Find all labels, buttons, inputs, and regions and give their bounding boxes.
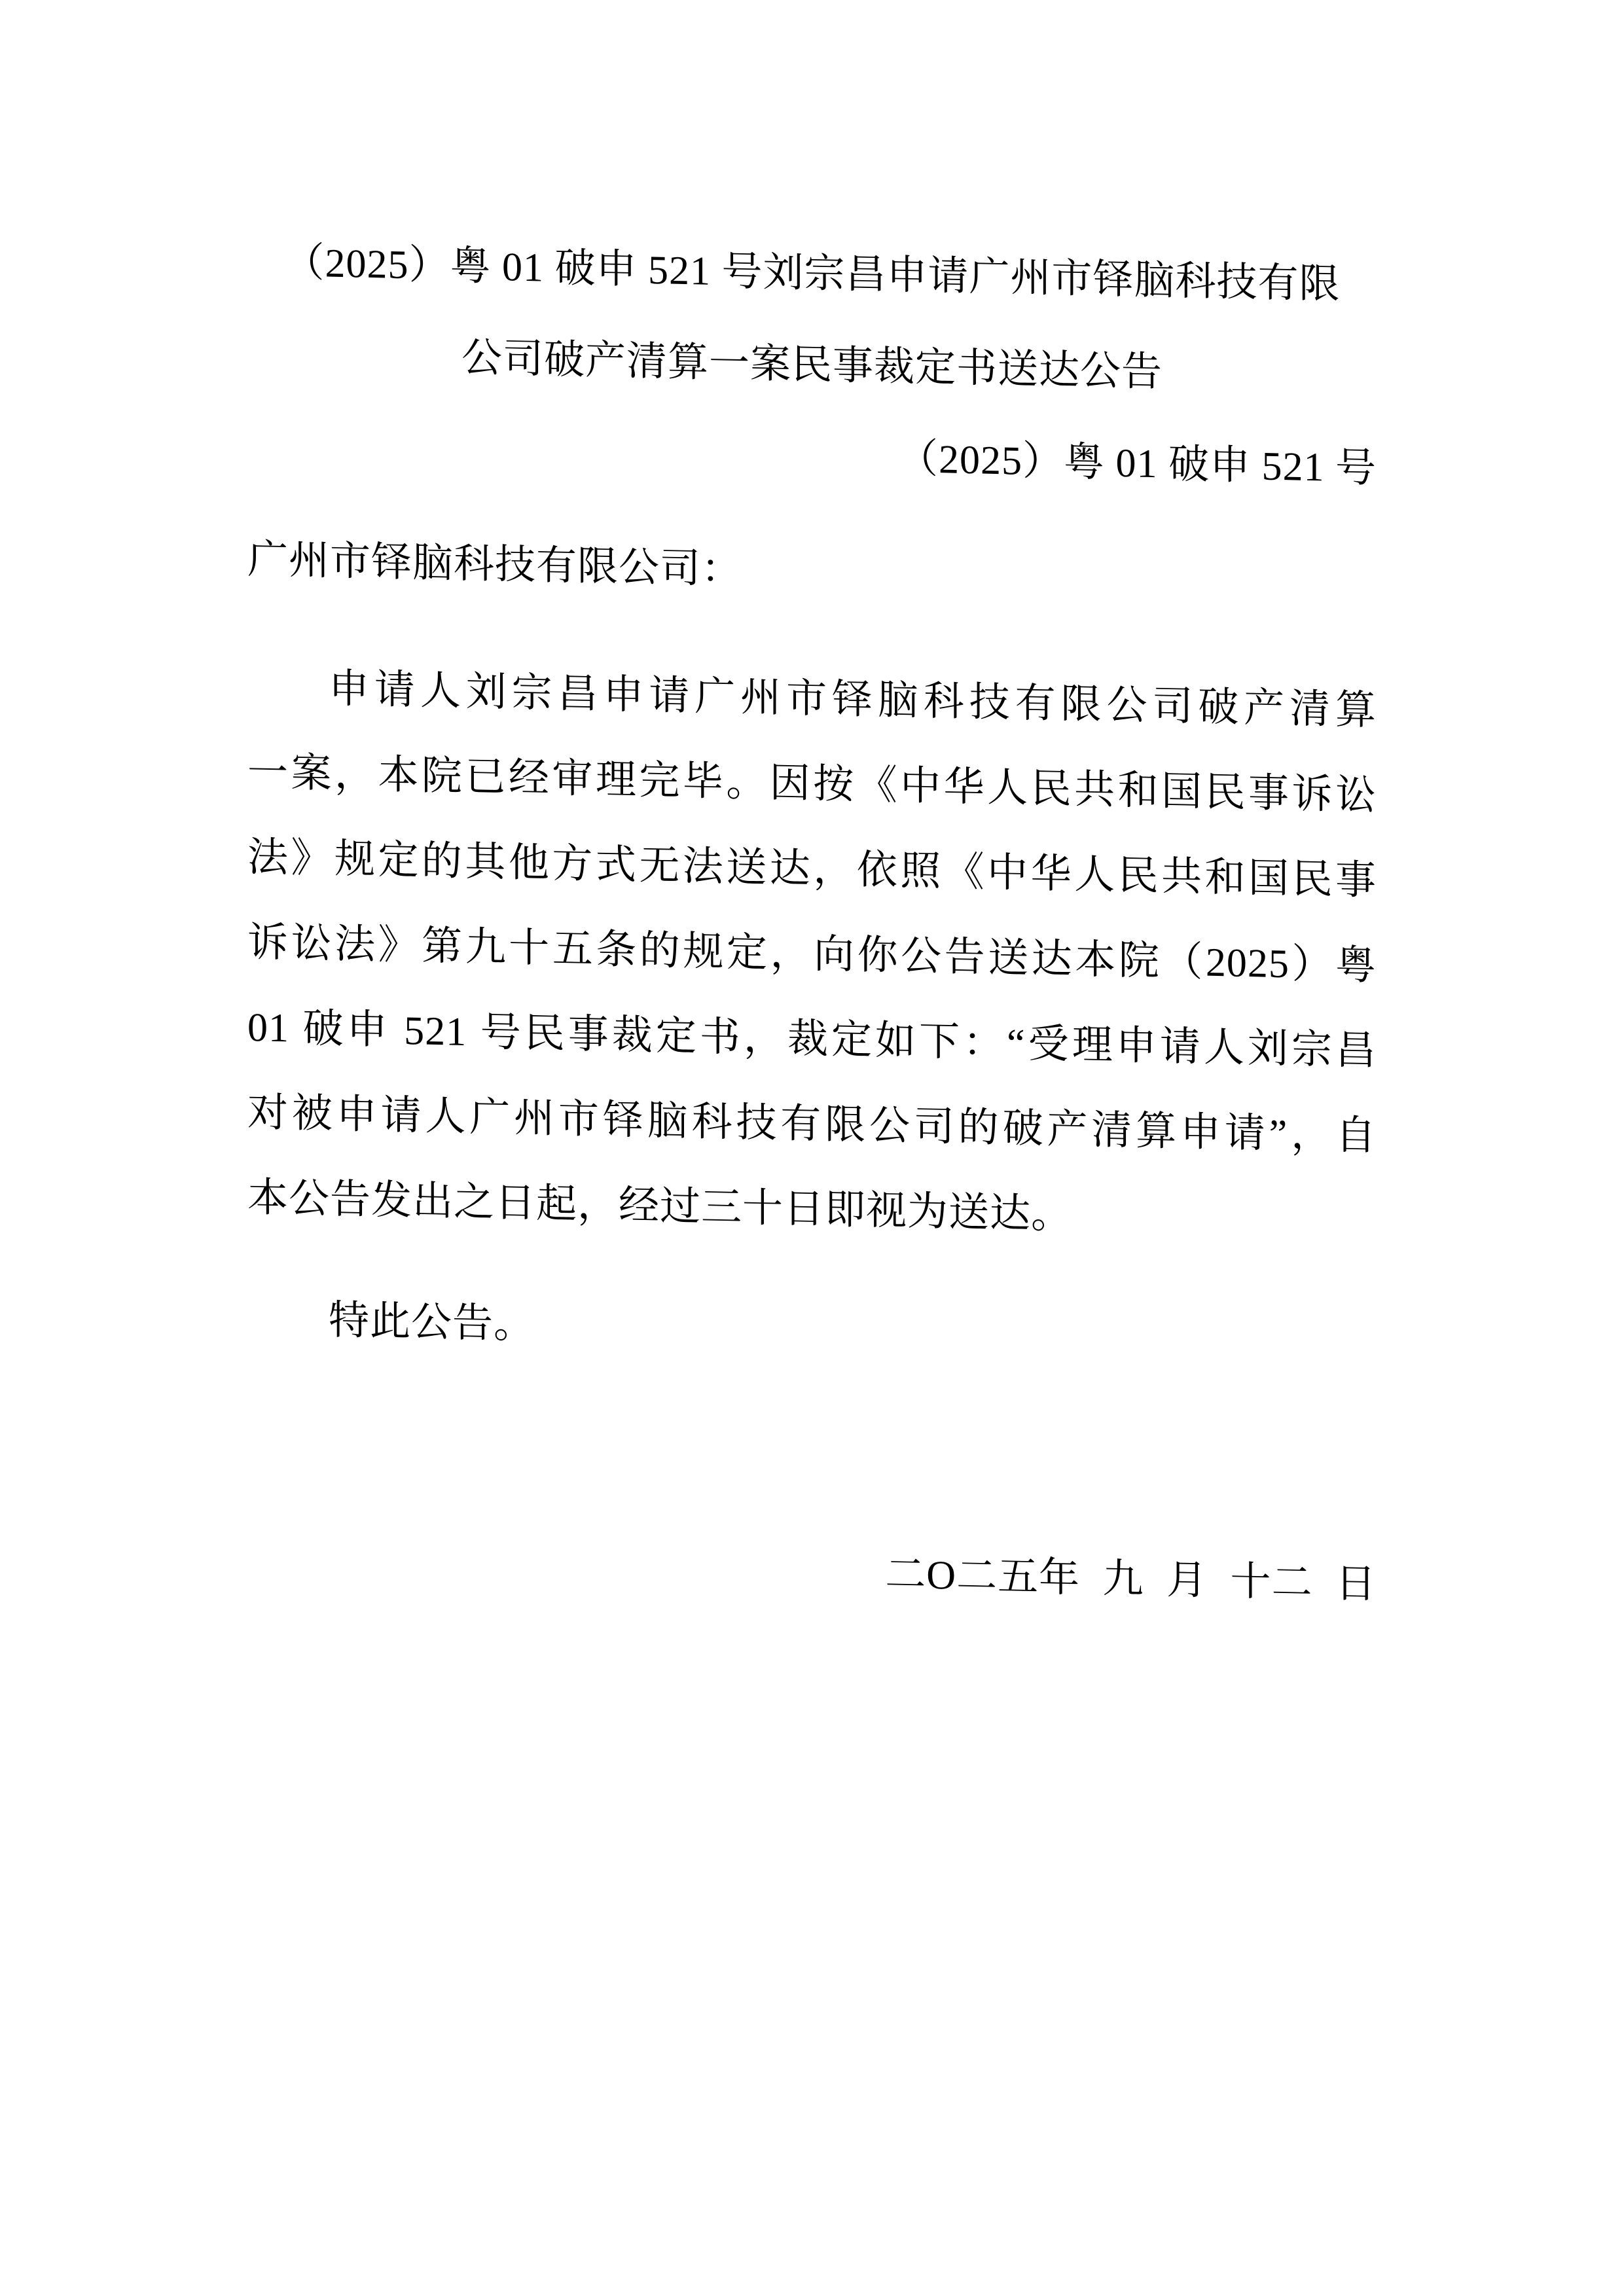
date-line: 二O二五年 九 月 十二 日 <box>247 1518 1377 1627</box>
closing-note: 特此公告。 <box>247 1276 1377 1385</box>
document-page: （2025）粤 01 破申 521 号刘宗昌申请广州市铎脑科技有限 公司破产清算… <box>0 0 1624 2296</box>
body-paragraph: 申请人刘宗昌申请广州市铎脑科技有限公司破产清算 一案，本院已经审理完毕。因按《中… <box>247 645 1377 1264</box>
addressee: 广州市铎脑科技有限公司： <box>247 514 1377 629</box>
document-content: （2025）粤 01 破申 521 号刘宗昌申请广州市铎脑科技有限 公司破产清算… <box>247 216 1377 1627</box>
document-title: （2025）粤 01 破申 521 号刘宗昌申请广州市铎脑科技有限 公司破产清算… <box>247 216 1377 423</box>
